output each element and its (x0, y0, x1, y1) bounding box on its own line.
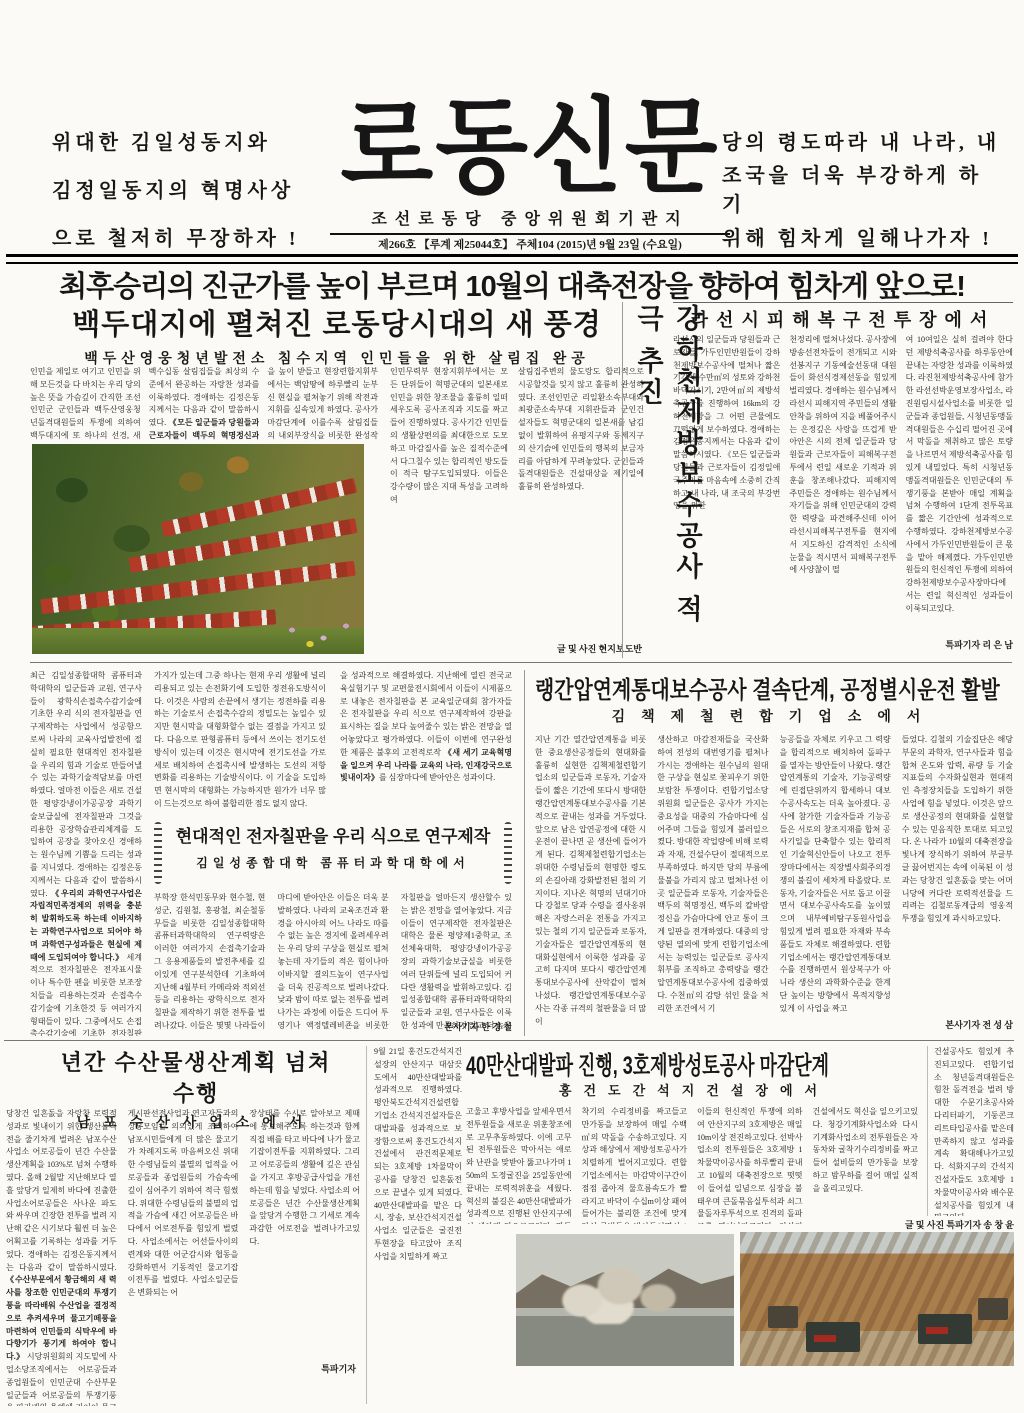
chilpan-top-col-2: 을 성과적으로 해결하였다. 지난해에 열린 전국교육실험기구 및 교편물전시회… (340, 670, 512, 816)
chilpan-top-col-1: 가지가 있는데 그중 하나는 현재 우리 생활에 널리 리용되고 있는 손전화기… (154, 670, 326, 816)
rason-headline: 라선시피해복구전투장에서 (673, 302, 1013, 332)
article-kimchaek: 랭간압연계통대보수공사 결속단계, 공정별시운전 활발 김책제철련합기업소에서 … (524, 670, 1013, 1036)
photo-village-housing (32, 444, 364, 654)
slogan-left-line-2: 김정일동지의 혁명사상 (52, 164, 352, 212)
kimchaek-headline: 랭간압연계통대보수공사 결속단계, 공정별시운전 활발 (535, 670, 1015, 705)
susan-col-2: 게시판선전사업과 연고자들과의 상봉모임을 의의있게 조직하여 남포시민들에게 … (128, 1108, 239, 1406)
kimchaek-byline: 본사기자 전 성 삼 (945, 1018, 1013, 1031)
kimchaek-columns: 지난 기간 열간압연계통을 비롯한 중요생산공정들의 현대화를 훌륭히 실현한 … (535, 734, 1013, 1036)
susan-byline: 특파기자 (321, 1362, 356, 1375)
paper-title: 로동신문 (312, 94, 748, 203)
kimchaek-col-3: 능공들을 자체로 키우고 그 력량을 합리적으로 배치하여 돌파구를 열자는 방… (780, 734, 891, 1036)
chilpan-columns-bottom: 부학장 한석민동무와 현수철, 현성군, 김원철, 홍광철, 최순철동무들을 비… (154, 892, 512, 1034)
balpa-lead-col: 9월 21일 홍건도간석지건설장의 안산지구 대삼끗도에서 40만산대발파를 성… (366, 1046, 462, 1404)
chilpan-columns-top: 가지가 있는데 그중 하나는 현재 우리 생활에 널리 리용되고 있는 손전화기… (154, 670, 512, 816)
chilpan-bottom-col-3: 자칠판을 얼마든지 생산할수 있는 밝은 전망을 열어놓았다. 지금 이들이 연… (401, 892, 512, 1034)
susan-columns: 당창건 일흔돐을 자랑찬 로력적성과로 빛내이기 위한 생산돌격전을 줄기차게 … (6, 1108, 360, 1406)
balpa-side-col: 건설공사도 힘있게 추진되고있다. 련합기업소 청년돌격대원들은 힘찬 돌격전을… (927, 1046, 1014, 1216)
rason-col-2: 천정리에 떨쳐나섰다. 공사장에 방송선전차들이 전개되고 시와 선봉지구 기동… (789, 334, 896, 656)
excavator (768, 1306, 798, 1328)
section-divider (30, 662, 1012, 663)
box-ornament-left (154, 822, 162, 884)
rason-col-1: 라선시의 일군들과 당원들과 근로자들, 가두인민반원들이 강하천제방보수공사에… (673, 334, 780, 656)
organ-line: 조선로동당 중앙위원회기관지 (330, 206, 730, 235)
photo-dust-cloud (538, 1262, 696, 1324)
article-susan: 년간 수산물생산계획 넘쳐 수행 남포수산사업소에서 당창건 일흔돐을 자랑찬 … (6, 1046, 360, 1406)
rason-col-3: 여 10여일은 실히 걸려야 한다던 제방석축공사를 하루동안에 끝내는 자랑찬… (906, 334, 1013, 656)
chilpan-headline: 현대적인 전자칠판을 우리 식으로 연구제작 (167, 822, 499, 847)
baekdu-col-3: 을 높이 받들고 현장련합지휘부에서는 백암땅에 하루빨리 눈부신 현실을 펼쳐… (267, 366, 378, 440)
article-chilpan: 최근 김일성종합대학 콤퓨터과학대학의 일군들과 교원, 연구사들이 광학식손접… (30, 670, 512, 1036)
box-ornament-right (504, 822, 512, 884)
balpa-col-2: 착기의 수리정비를 짜고들고 만가동을 보장하여 매일 수백㎥의 막돌을 수송하… (582, 1106, 688, 1224)
photo-blast-explosion (516, 1234, 734, 1366)
slogan-right-line-1: 당의 령도따라 내 나라, 내 (722, 116, 1002, 164)
slogan-left-line-1: 위대한 김일성동지와 (52, 116, 352, 164)
balpa-col-3: 이들의 헌신적인 투쟁에 의하여 안산지구의 3호제방은 매일 10m이상 전진… (697, 1106, 803, 1224)
baekdu-headline: 백두대지에 펼쳐진 로동당시대의 새 풍경 (30, 302, 644, 343)
slogan-right-line-2: 조국을 더욱 부강하게 하기 (722, 164, 1002, 212)
chilpan-bottom-col-1: 부학장 한석민동무와 현수철, 현성군, 김원철, 홍광철, 최순철동무들을 비… (154, 892, 265, 1034)
balpa-columns: 고울고 후방사업을 앞세우면서 전투원들을 새로운 위훈창조에로 고무추동하였다… (466, 1106, 918, 1224)
photo-rock-texture (740, 1232, 1014, 1366)
kimchaek-subhead: 김책제철련합기업소에서 (535, 706, 1013, 726)
newspaper-page: 위대한 김일성동지와 김정일동지의 혁명사상 으로 철저히 무장하자 ! 로동신… (0, 0, 1024, 1413)
chilpan-byline: 본사기자 한 경 철 (444, 1020, 512, 1033)
balpa-col-4: 건설에서도 혁신을 일으키고있다. 청강기계화사업소와 다시기계화사업소의 전투… (813, 1106, 919, 1224)
article-rason: 강하천제방보수공사 적극 추진 라선시피해복구전투장에서 라선시의 일군들과 당… (622, 302, 1015, 658)
baekdu-col-2: 백수십동 살림집들을 최상의 수준에서 완공하는 자랑찬 성과를 이룩하였다. … (149, 366, 260, 440)
issue-date-line: 제266호 【루계 제25044호】 주체104 (2015)년 9월 23일 … (300, 236, 760, 252)
kimchaek-col-2: 생산하고 마감전재들을 국산화하여 전성의 대번영기를 펼쳐나가시는 경애하는 … (657, 734, 768, 1036)
photo-quarry-trucks (740, 1232, 1014, 1366)
excavator (978, 1298, 1008, 1320)
article-baekdu: 백두대지에 펼쳐진 로동당시대의 새 풍경 백두산영웅청년발전소 침수지역 인민… (30, 302, 644, 658)
photo-flowers (274, 614, 364, 654)
baekdu-col-1: 인민을 제일로 여기고 인민을 위해 모든것을 다 바치는 우리 당의 높은 뜻… (30, 366, 141, 440)
baekdu-columns-top: 인민을 제일로 여기고 인민을 위해 모든것을 다 바치는 우리 당의 높은 뜻… (30, 366, 378, 440)
banner-headline: 최후승리의 진군가를 높이 부르며 10월의 대축전장을 향하여 힘차게 앞으로… (0, 264, 1024, 305)
kimchaek-col-4: 들었다. 김철의 기술집단은 해당 부문의 과학자, 연구사들과 힘을 합쳐 온… (902, 734, 1013, 1036)
susan-col-1: 당창건 일흔돐을 자랑찬 로력적성과로 빛내이기 위한 생산돌격전을 줄기차게 … (6, 1108, 117, 1406)
rason-byline: 특파기자 리 은 남 (945, 638, 1013, 651)
article-balpa: 40만산대발파 진행, 3호제방성토공사 마감단계 홍건도간석지건설장에서 건설… (466, 1046, 1014, 1406)
balpa-headline: 40만산대발파 진행, 3호제방성토공사 마감단계 (466, 1046, 927, 1082)
baekdu-subhead: 백두산영웅청년발전소 침수지역 인민들을 위한 살림집 완공 (30, 348, 644, 368)
chilpan-bottom-col-2: 마디에 받아안은 이들은 더욱 분발하였다. 나라의 교육조건과 환경을 아시아… (277, 892, 388, 1034)
dump-truck (918, 1314, 972, 1344)
baekdu-col-4: 인민무력부 현장지휘부에서는 모든 단위들이 혁명군대의 일본새로 인민을 위한… (390, 366, 508, 656)
balpa-col-1: 고울고 후방사업을 앞세우면서 전투원들을 새로운 위훈창조에로 고무추동하였다… (466, 1106, 572, 1224)
masthead-divider (6, 254, 1018, 264)
balpa-byline: 글 및 사진 특파기자 송 창 윤 (784, 1218, 1014, 1231)
dump-truck (806, 1322, 860, 1352)
chilpan-subhead: 김일성종합대학 콤퓨터과학대학에서 (167, 854, 499, 871)
balpa-subhead: 홍건도간석지건설장에서 (466, 1080, 922, 1099)
susan-headline: 년간 수산물생산계획 넘쳐 수행 (46, 1046, 346, 1108)
chilpan-left-col: 최근 김일성종합대학 콤퓨터과학대학의 일군들과 교원, 연구사들이 광학식손접… (30, 670, 142, 1036)
rason-columns: 라선시의 일군들과 당원들과 근로자들, 가두인민반원들이 강하천제방보수공사에… (673, 334, 1013, 656)
slogan-right-line-3: 위해 힘차게 일해나가자 ! (722, 212, 1002, 260)
kimchaek-col-1: 지난 기간 열간압연계통을 비롯한 중요생산공정들의 현대화를 훌륭히 실현한 … (535, 734, 646, 1036)
section-divider (4, 1040, 1014, 1041)
chilpan-headline-box: 현대적인 전자칠판을 우리 식으로 연구제작 김일성종합대학 콤퓨터과학대학에서 (154, 822, 512, 884)
masthead-slogan-right: 당의 령도따라 내 나라, 내 조국을 더욱 부강하게 하기 위해 힘차게 일해… (722, 116, 1002, 260)
